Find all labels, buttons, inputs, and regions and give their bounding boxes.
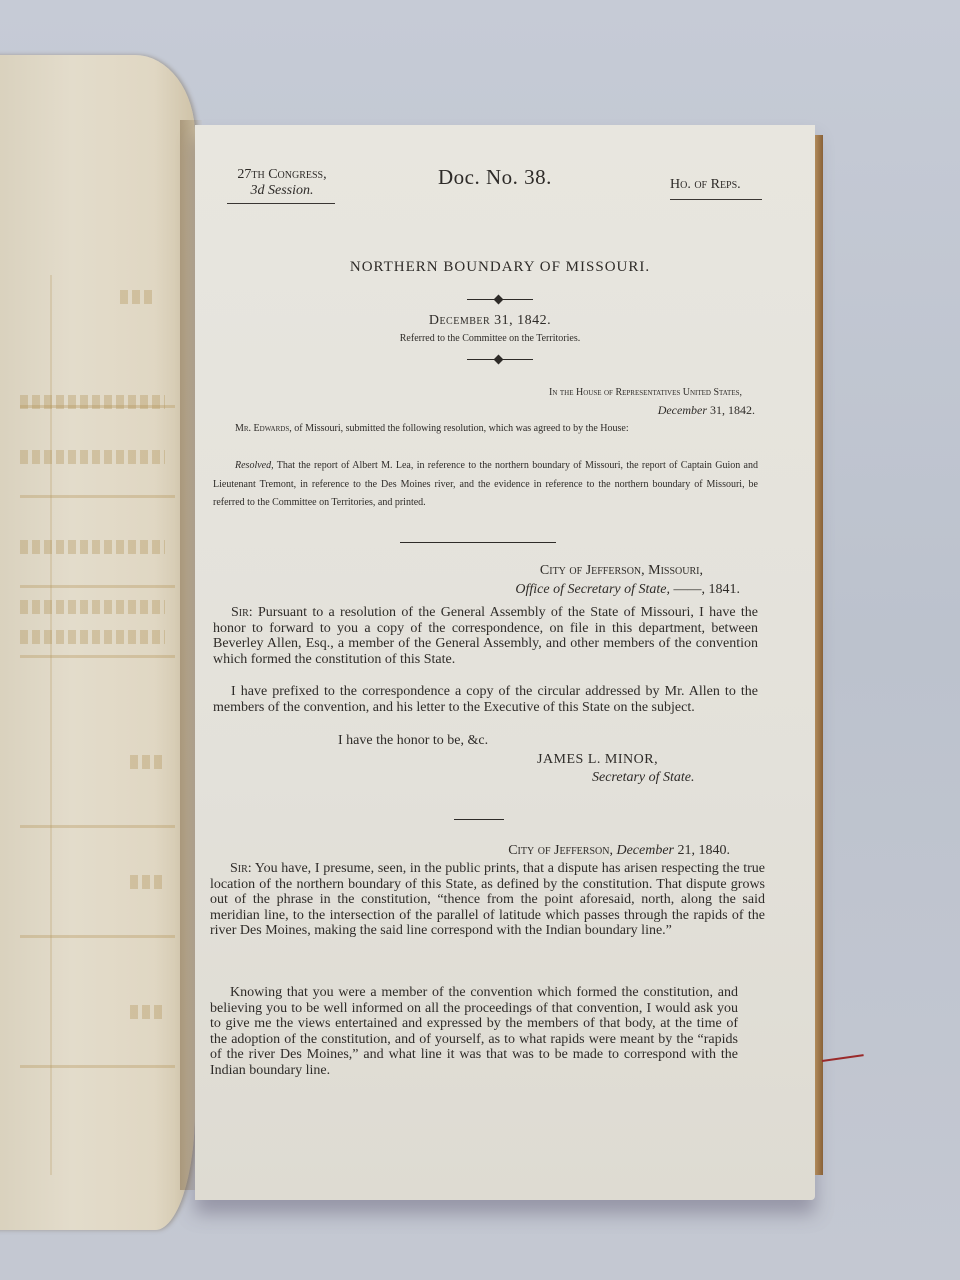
letter2-paragraph-2: Knowing that you were a member of the co…: [210, 985, 738, 1078]
document-page: 27th Congress, 3d Session. Doc. No. 38. …: [210, 125, 770, 215]
ribbon-marker: [822, 1054, 864, 1062]
letter1-paragraph-2: I have prefixed to the correspondence a …: [213, 684, 758, 715]
table-rule: [20, 585, 175, 588]
faded-text: [130, 1005, 165, 1019]
table-rule: [20, 935, 175, 938]
signer-name: JAMES L. MINOR,: [537, 752, 757, 768]
doc-number: Doc. No. 38.: [438, 165, 552, 190]
document-title: NORTHERN BOUNDARY OF MISSOURI.: [210, 259, 780, 276]
ornament-divider: [467, 356, 533, 364]
table-rule: [20, 495, 175, 498]
left-page: [0, 55, 195, 1230]
letter2-paragraph-1: Sir: You have, I presume, seen, in the p…: [210, 861, 765, 939]
house-date: December 31, 1842.: [210, 403, 755, 418]
resolution-text: Resolved, That the report of Albert M. L…: [213, 457, 758, 513]
faded-text: [130, 875, 165, 889]
header-rule: [670, 199, 762, 200]
letter1-office-date: Office of Secretary of State, ——, 1841.: [210, 582, 740, 598]
faded-text: [20, 600, 165, 614]
table-rule: [50, 275, 52, 1175]
faded-text: [20, 450, 165, 464]
running-header: 27th Congress, 3d Session. Doc. No. 38. …: [210, 125, 770, 215]
congress-session: 27th Congress, 3d Session.: [227, 167, 337, 204]
session-label: 3d Session.: [227, 183, 337, 199]
header-rule: [227, 203, 335, 204]
faded-text: [120, 290, 155, 304]
letter1-paragraph-1: Sir: Pursuant to a resolution of the Gen…: [213, 605, 758, 667]
signer-title: Secretary of State.: [592, 770, 762, 786]
table-rule: [20, 405, 175, 408]
ornament-divider: [467, 296, 533, 304]
referral-note: Referred to the Committee on the Territo…: [210, 333, 770, 344]
faded-text: [20, 540, 165, 554]
letter1-closing: I have the honor to be, &c.: [338, 733, 738, 749]
section-divider: [400, 542, 556, 543]
house-location: In the House of Representatives United S…: [210, 385, 742, 401]
chamber-label: Ho. of Reps.: [670, 177, 762, 200]
letter1-place: City of Jefferson, Missouri,: [210, 563, 703, 579]
page-edge: [815, 135, 823, 1175]
letter2-place-date: City of Jefferson, December 21, 1840.: [210, 843, 730, 859]
table-rule: [20, 655, 175, 658]
faded-text: [20, 630, 165, 644]
table-rule: [20, 1065, 175, 1068]
congress-label: 27th Congress,: [227, 167, 337, 183]
faded-text: [130, 755, 165, 769]
table-rule: [20, 825, 175, 828]
section-divider: [454, 819, 504, 820]
house-intro: Mr. Edwards, of Missouri, submitted the …: [213, 421, 758, 437]
chamber-text: Ho. of Reps.: [670, 177, 762, 193]
document-date: December 31, 1842.: [210, 313, 770, 329]
